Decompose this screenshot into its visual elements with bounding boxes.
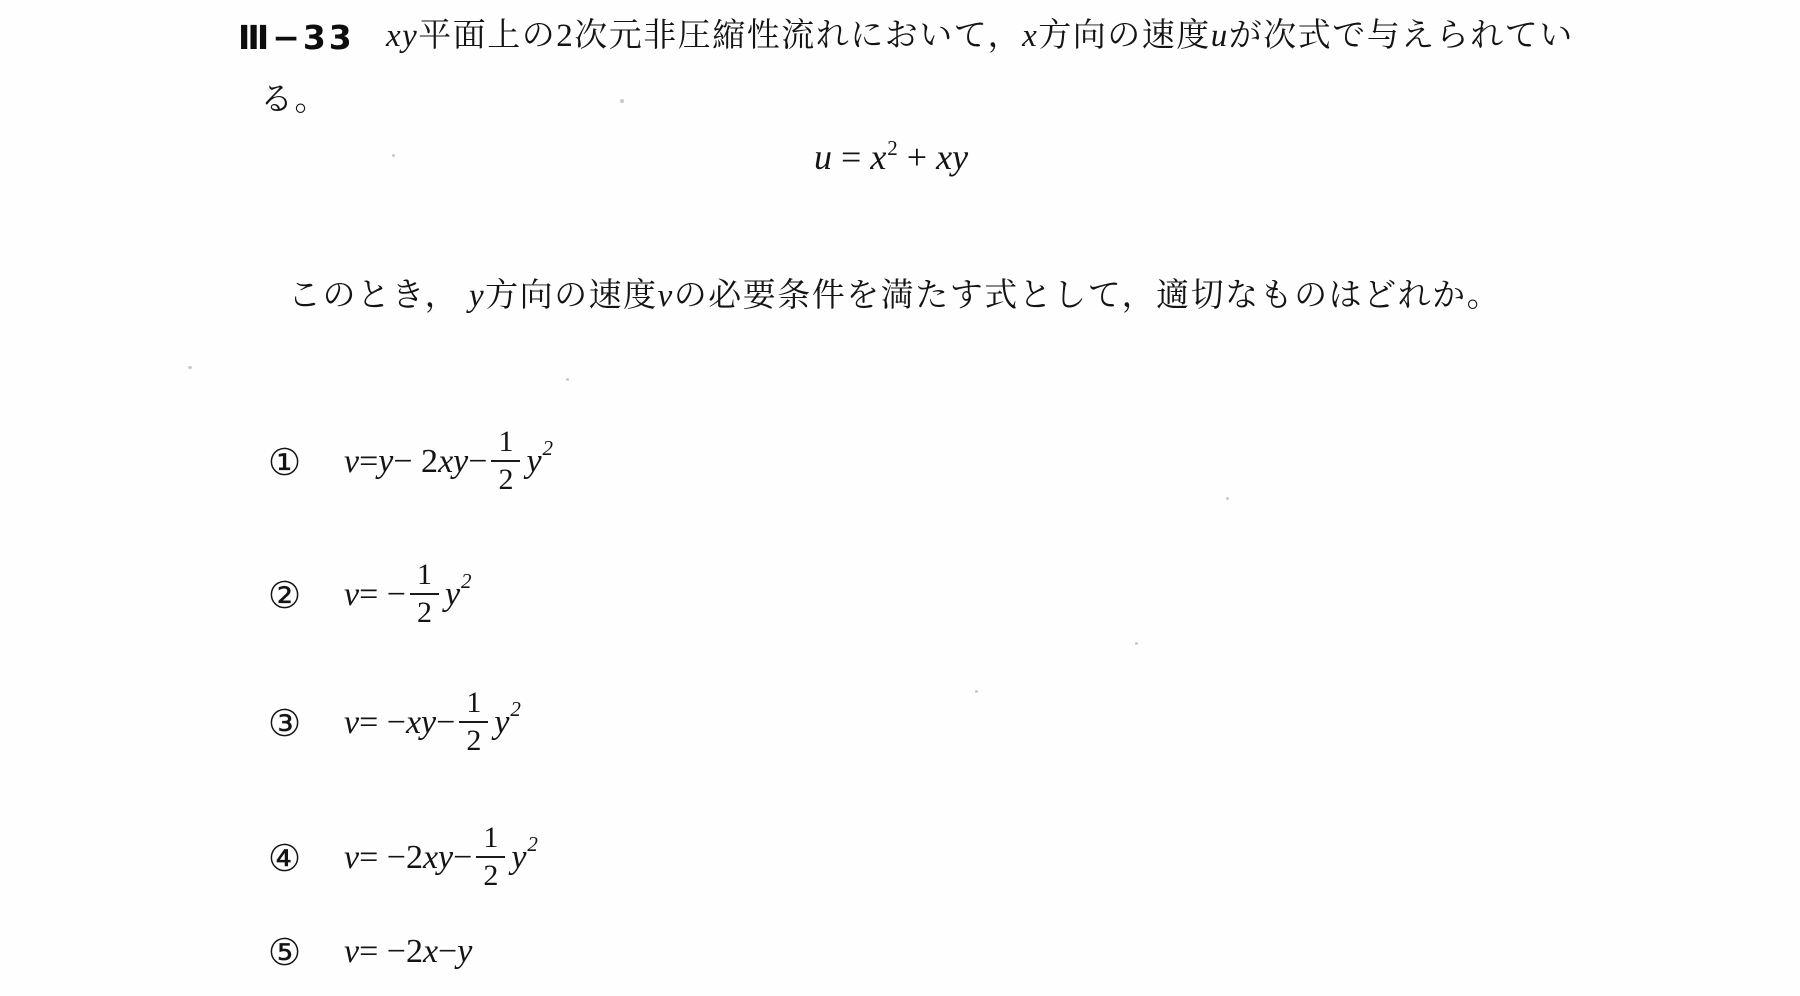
fraction-denominator: 2 [459,723,488,757]
minus-sign: − [453,839,472,877]
equals-sign: = [832,137,870,177]
fraction-numerator: 1 [476,821,505,858]
choice-4-number: ④ [268,837,344,880]
minus-term: − 2 [393,443,438,481]
math-var-y: y [457,933,472,971]
choice-1-number: ① [268,441,344,484]
scan-speck [1226,497,1229,500]
math-var-v: v [344,933,359,971]
minus-sign: − [468,443,487,481]
scan-speck [1135,642,1138,645]
math-var-xy: xy [936,137,968,177]
equals-minus-two: = −2 [359,933,423,971]
scan-speck [188,366,192,369]
exponent: 2 [461,569,472,594]
math-var-v: v [658,278,674,314]
scan-speck [392,154,395,157]
scan-speck [566,378,569,381]
problem-statement-line1: xy平面上の2次元非圧縮性流れにおいて，x方向の速度uが次式で与えられてい [386,16,1574,57]
choice-5-formula: v = −2x − y [344,933,472,971]
choice-1: ① v = y − 2xy − 12y2 [268,412,553,512]
minus-sign: − [438,933,457,971]
choice-5-number: ⑤ [268,931,344,974]
math-var-x: x [1022,18,1038,54]
statement-text: 平面上の2次元非圧縮性流れにおいて， [418,18,1022,54]
exponent: 2 [527,832,538,857]
choice-2: ② v = −12y2 [268,545,472,645]
choice-3-number: ③ [268,702,344,745]
choice-1-formula: v = y − 2xy − 12y2 [344,427,553,498]
choice-2-number: ② [268,574,344,617]
math-var-u: u [1211,18,1229,54]
math-var-y: y [511,839,526,877]
minus-sign: − [436,704,455,742]
equals-minus: = − [359,704,406,742]
math-var-v: v [344,839,359,877]
question-text: の必要条件を満たす式として，適切なものはどれか。 [674,278,1501,314]
scan-speck [620,99,624,103]
math-var-y: y [526,443,541,481]
fraction-denominator: 2 [476,858,505,892]
fraction-one-half: 12 [491,425,520,496]
exponent: 2 [510,697,521,722]
math-var-v: v [344,576,359,614]
scan-speck [975,690,978,693]
fraction-numerator: 1 [459,686,488,723]
fraction-denominator: 2 [410,595,439,629]
math-var-u: u [814,137,832,177]
question-sentence: このとき， y方向の速度vの必要条件を満たす式として，適切なものはどれか。 [288,276,1501,317]
scanned-exam-page: Ⅲ−33 xy平面上の2次元非圧縮性流れにおいて，x方向の速度uが次式で与えられ… [0,0,1800,996]
math-var-xy: xy [423,839,453,877]
math-var-y: y [445,576,460,614]
choice-2-formula: v = −12y2 [344,560,472,631]
math-var-x: x [870,137,886,177]
fraction-one-half: 12 [476,821,505,892]
choice-4-formula: v = −2xy − 12y2 [344,823,538,894]
math-var-v: v [344,704,359,742]
fraction-denominator: 2 [491,462,520,496]
fraction-one-half: 12 [410,558,439,629]
math-var-x: x [423,933,438,971]
problem-number: Ⅲ−33 [238,18,355,57]
fraction-one-half: 12 [459,686,488,757]
choice-5: ⑤ v = −2x − y [268,922,472,982]
math-var-xy: xy [386,18,418,54]
math-var-y: y [378,443,393,481]
equals-minus: = − [359,576,406,614]
math-var-v: v [344,443,359,481]
choice-3: ③ v = −xy − 12y2 [268,673,521,773]
statement-text: 方向の速度 [1038,18,1211,54]
choice-3-formula: v = −xy − 12y2 [344,688,521,759]
math-var-xy: xy [438,443,468,481]
math-var-y: y [494,704,509,742]
fraction-numerator: 1 [410,558,439,595]
given-equation: u = x2 + xy [814,136,968,178]
equals-sign: = [359,443,378,481]
math-var-y: y [469,278,485,314]
exponent: 2 [543,436,554,461]
question-text: 方向の速度 [485,278,658,314]
fraction-numerator: 1 [491,425,520,462]
problem-statement-line2: る。 [260,80,329,121]
equals-minus-two: = −2 [359,839,423,877]
plus-sign: + [898,137,936,177]
math-var-xy: xy [406,704,436,742]
question-text: このとき， [288,278,469,314]
choice-4: ④ v = −2xy − 12y2 [268,808,538,908]
exponent: 2 [887,136,898,160]
statement-text: が次式で与えられてい [1229,18,1574,54]
